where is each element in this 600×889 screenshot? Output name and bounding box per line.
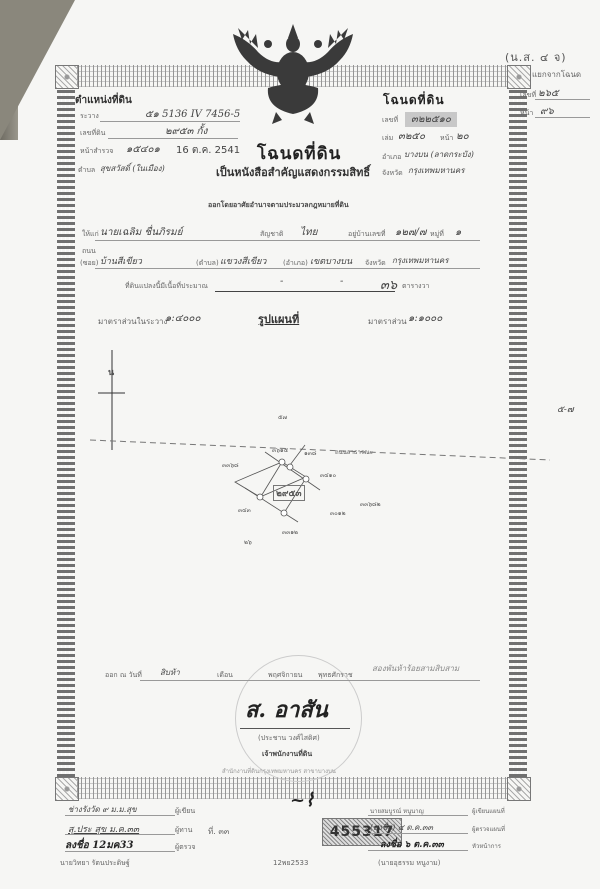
official-title: เจ้าพนักงานที่ดิน (262, 749, 312, 760)
deed-number-value: ๓๒๒๕๑๐ (405, 112, 457, 127)
road-label: ถนน (82, 246, 96, 257)
volume-label: เล่ม (382, 133, 393, 144)
original-scale-value: ๑:๔๐๐๐ (165, 311, 201, 326)
stamp-date: 16 ต.ค. 2541 (176, 143, 240, 158)
area-ngan: - (340, 276, 343, 287)
neighbor-label-3: ๑๓๘ (304, 448, 317, 458)
nationality-value: ไทย (300, 225, 317, 240)
serial-prefix: ที่. ๓๓ (208, 825, 229, 838)
area-rai: - (280, 276, 283, 287)
official-name: (ประชาน วงศ์ไสดิศ) (258, 733, 320, 744)
address-label: อยู่บ้านเลขที่ (348, 229, 386, 240)
land-position-heading: ตำแหน่งที่ดิน (75, 93, 132, 108)
checker-role: ผู้ทาน (175, 825, 192, 836)
separated-from-label: แยกจากโฉนด (532, 68, 581, 81)
official-signature: ส. อาสัน (245, 692, 328, 727)
deed-number-label: เลขที่ (382, 115, 398, 126)
amphoe-value: เขตบางบน (310, 254, 352, 268)
chief-value: ลงชื่อ ๖ ต.ค.๓๓ (380, 837, 444, 851)
owner-province-value: กรุงเทพมหานคร (392, 254, 448, 267)
issued-under-law: ออกโดยอาศัยอำนาจตามประมวลกฎหมายที่ดิน (208, 200, 349, 211)
owner-name: นายเฉลิม ชื่นภิรมย์ (100, 225, 182, 240)
office-line: สำนักงานที่ดินกรุงเทพมหานคร สาขาบางบน (222, 766, 336, 776)
deed-page-value: ๒๐ (456, 129, 469, 144)
north-label: น (108, 365, 114, 379)
nationality-label: สัญชาติ (260, 229, 283, 240)
document-subtitle: เป็นหนังสือสำคัญแสดงกรรมสิทธิ์ (216, 163, 370, 181)
separated-page-label: หน้า (520, 108, 533, 119)
deed-page-label: หน้า (440, 133, 453, 144)
original-scale-label: มาตราส่วนในระวาง (98, 315, 167, 328)
day-value: สิบห้า (160, 666, 180, 679)
print-date: 12พย2533 (273, 858, 308, 869)
scale-value: ๑:๑๐๐๐ (408, 311, 442, 326)
neighbor-label-8: ๓๓๑๒ (282, 527, 298, 537)
moo-label: หมู่ที่ (430, 229, 444, 240)
map-title: รูปแผนที่ (258, 310, 299, 328)
neighbor-label-2: ๓๖๑๕ (272, 445, 288, 455)
given-label: ออก ณ วันที่ (105, 670, 142, 681)
province-label: จังหวัด (382, 168, 403, 179)
form-number: (น.ส. ๔ จ) (505, 48, 567, 66)
neighbor-label-7: ๒๖ (244, 537, 252, 547)
right-official-name: (นายอุธรรม หนูงาม) (378, 858, 440, 869)
neighbor-label-10: ๓๓๖๘๒ (360, 499, 381, 509)
province-value: กรุงเทพมหานคร (408, 164, 464, 177)
writer-role: ผู้เขียน (175, 806, 195, 817)
parcel-label: เลขที่ดิน (80, 128, 105, 139)
tambon-value: แขวงสีเขียว (220, 254, 266, 268)
moo-value: ๑ (455, 225, 461, 240)
soi-value: บ้านสีเขียว (100, 254, 142, 268)
separated-number-label: เลขที่ (520, 90, 536, 101)
parcel-map (80, 350, 550, 570)
neighbor-label-6: ๓๔๓ (238, 505, 251, 515)
grant-to-label: ให้แก่ (82, 229, 99, 240)
district-value: บางบน (ลาดกระบัง) (404, 148, 474, 161)
inspector-role: ผู้ตรวจ (175, 842, 195, 853)
scrawl-signature: ~⌇ (290, 790, 314, 811)
area-unit: ตารางวา (402, 281, 429, 292)
area-label: ที่ดินแปลงนี้มีเนื้อที่ประมาณ (125, 281, 208, 292)
chief-role: หัวหน้าการ (472, 841, 501, 851)
neighbor-label-5: ๓๔๑๐ (320, 470, 336, 480)
neighbor-label-1: ๕๗ (278, 412, 287, 422)
road-label-map: ถนนสาธารณะ (335, 447, 373, 457)
sheet-value: ๕๑ 5136 IV 7456-5 (145, 107, 240, 122)
subdistrict-label: ตำบล (78, 165, 95, 176)
left-official-name: นายวิทยา รัตนประดิษฐ์ (60, 858, 130, 869)
year-value: สองพันห้าร้อยสามสิบสาม (372, 662, 459, 675)
neighbor-label-9: ๓๐๑๒ (330, 508, 346, 518)
district-label: อำเภอ (382, 152, 401, 163)
map-writer-role: ผู้เขียนแผนที่ (472, 806, 505, 816)
survey-page-label: หน้าสำรวจ (80, 146, 113, 157)
deed-heading: โฉนดที่ดิน (383, 91, 445, 110)
parcel-number: ๒๙๕๓ (273, 485, 305, 501)
survey-page-value: ๑๕๔๐๑ (126, 142, 160, 157)
scale-label: มาตราส่วน (368, 315, 407, 328)
subdistrict-value: สุขสวัสดิ์ (ในเมือง) (100, 162, 165, 175)
parcel-value: ๒๙๕๓ กั้ง (165, 124, 207, 139)
volume-value: ๓๒๕๐ (398, 129, 425, 144)
garuda-emblem-icon (228, 22, 358, 130)
map-checker-role: ผู้ตรวจแผนที่ (472, 824, 505, 834)
house-number: ๑๒๗/๗ (395, 225, 426, 240)
neighbor-label-4: ๓๓๖๘ (222, 460, 239, 470)
sheet-label: ระวาง (80, 111, 99, 122)
margin-note: ๕-๗ (557, 402, 574, 416)
